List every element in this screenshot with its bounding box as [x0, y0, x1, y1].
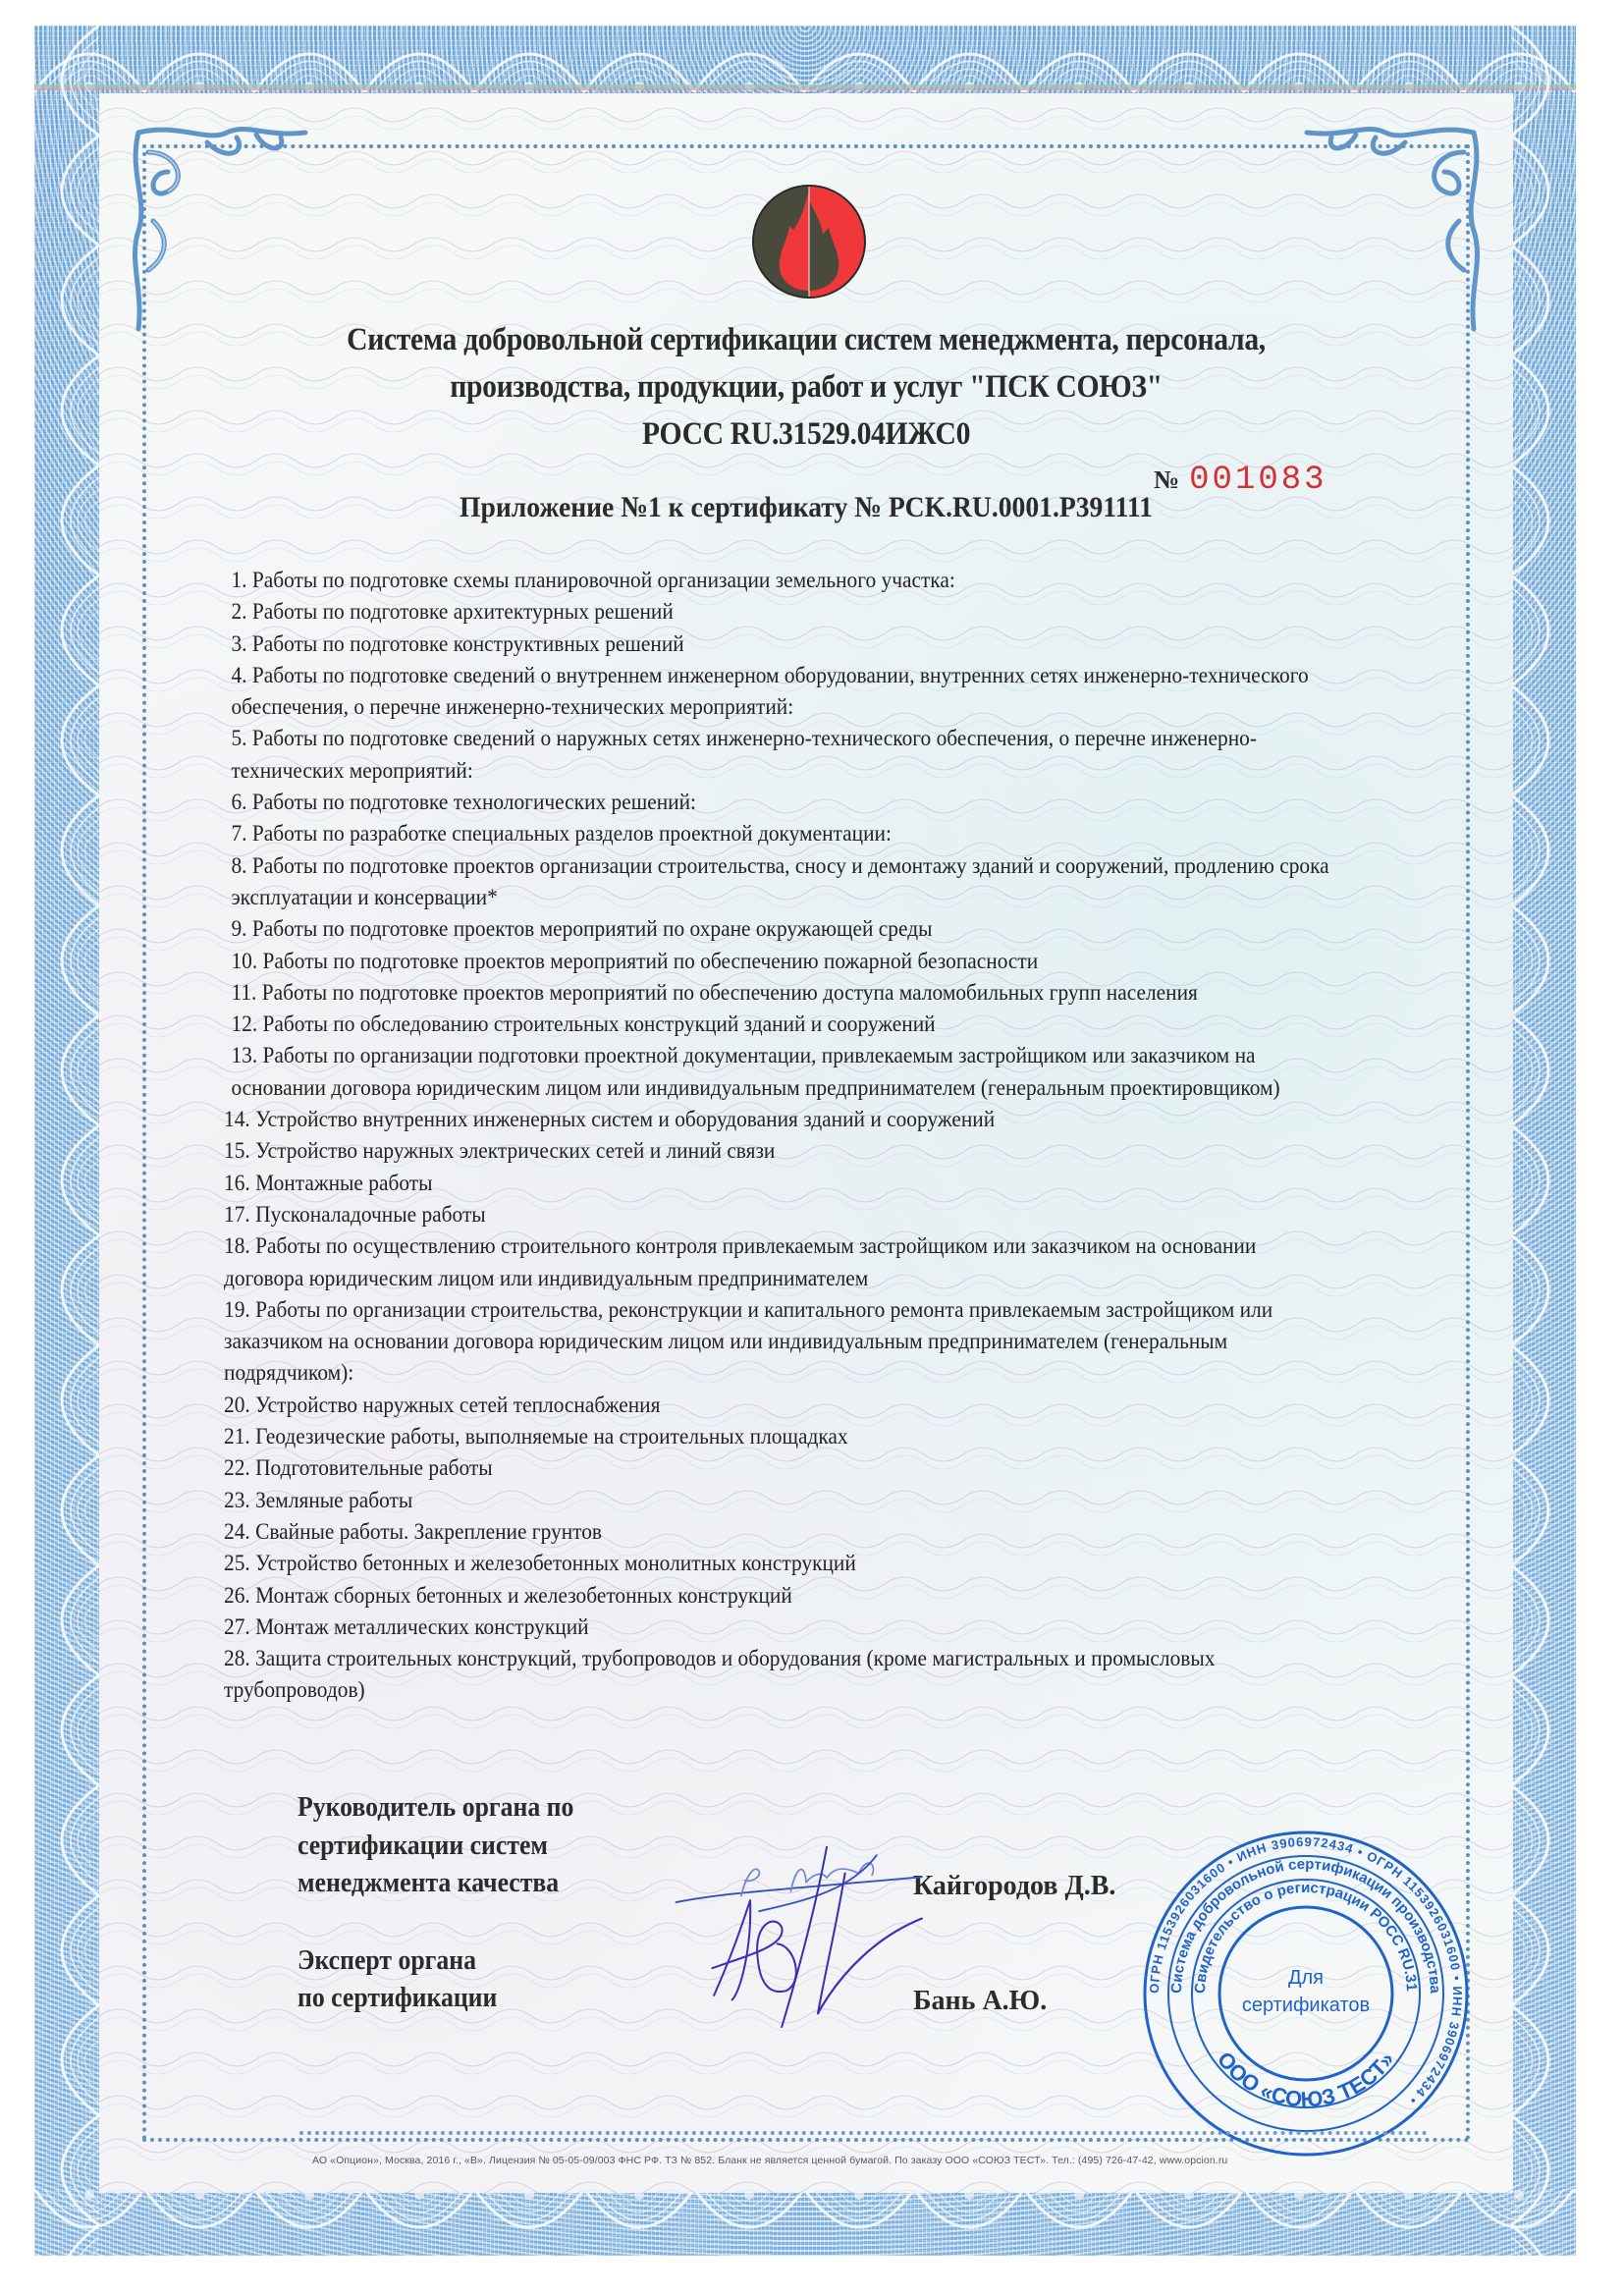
head-role-line: менеджмента качества: [298, 1865, 573, 1903]
head-name: Кайгородов Д.В.: [913, 1871, 1115, 1902]
work-list-item: 14. Устройство внутренних инженерных сис…: [224, 1104, 1338, 1135]
handwritten-signature-icon: [648, 1846, 943, 2072]
work-list-item: 15. Устройство наружных электрических се…: [224, 1135, 1338, 1167]
work-list-item: 8. Работы по подготовке проектов организ…: [224, 850, 1338, 914]
work-list-item: 10. Работы по подготовке проектов меропр…: [224, 946, 1338, 977]
work-list-item: 9. Работы по подготовке проектов меропри…: [224, 913, 1338, 945]
head-role: Руководитель органа по сертификации сист…: [298, 1789, 573, 1903]
work-list-item: 6. Работы по подготовке технологических …: [224, 787, 1338, 818]
corner-ornament-icon: [1297, 113, 1493, 339]
corner-ornament-icon: [119, 113, 315, 339]
work-list-item: 26. Монтаж сборных бетонных и железобето…: [224, 1580, 1338, 1612]
work-list-item: 3. Работы по подготовке конструктивных р…: [224, 629, 1338, 660]
flame-logo-icon: [750, 183, 868, 301]
round-seal-stamp: ОГРН 1153926031600 • ИНН 3906972434 • ОГ…: [1139, 1827, 1473, 2160]
border-scallop-bottom: [34, 2189, 1576, 2256]
work-list-item: 2. Работы по подготовке архитектурных ре…: [224, 596, 1338, 628]
work-list-item: 24. Свайные работы. Закрепление грунтов: [224, 1516, 1338, 1548]
work-list-item: 12. Работы по обследованию строительных …: [224, 1009, 1338, 1040]
expert-role: Эксперт органа по сертификации: [298, 1942, 573, 2018]
work-list-item: 5. Работы по подготовке сведений о наруж…: [224, 723, 1338, 787]
work-list-item: 13. Работы по организации подготовки про…: [224, 1040, 1338, 1104]
header-line-2: производства, продукции, работ и услуг "…: [170, 363, 1442, 410]
work-list-item: 4. Работы по подготовке сведений о внутр…: [224, 660, 1338, 724]
border-scallop-right: [1511, 26, 1576, 2256]
footer-chain-ornament: [299, 2131, 1428, 2145]
works-list: 1. Работы по подготовке схемы планировоч…: [224, 565, 1338, 1707]
border-scallop-left: [34, 26, 99, 2256]
registration-number: РОСС RU.31529.04ИЖС0: [170, 410, 1442, 458]
head-role-line: Руководитель органа по: [298, 1789, 573, 1828]
work-list-item: 28. Защита строительных конструкций, тру…: [224, 1643, 1338, 1707]
head-role-line: сертификации систем: [298, 1828, 573, 1866]
printer-imprint: АО «Опцион», Москва, 2016 г., «В». Лицен…: [312, 2155, 1227, 2166]
stamp-center-line-2: сертификатов: [1242, 1995, 1370, 2016]
certification-system-header: Система добровольной сертификации систем…: [99, 316, 1513, 458]
work-list-item: 23. Земляные работы: [224, 1485, 1338, 1516]
appendix-title: Приложение №1 к сертификату № PCK.RU.000…: [156, 491, 1457, 524]
work-list-item: 16. Монтажные работы: [224, 1168, 1338, 1199]
expert-role-line: по сертификации: [298, 1980, 573, 2018]
serial-prefix: №: [1154, 465, 1179, 494]
work-list-item: 11. Работы по подготовке проектов меропр…: [224, 977, 1338, 1009]
work-list-item: 21. Геодезические работы, выполняемые на…: [224, 1421, 1338, 1452]
work-list-item: 22. Подготовительные работы: [224, 1452, 1338, 1484]
work-list-item: 7. Работы по разработке специальных разд…: [224, 818, 1338, 849]
work-list-item: 25. Устройство бетонных и железобетонных…: [224, 1548, 1338, 1579]
work-list-item: 17. Пусконаладочные работы: [224, 1199, 1338, 1230]
stamp-center-line-1: Для: [1288, 1967, 1324, 1989]
header-line-1: Система добровольной сертификации систем…: [170, 316, 1442, 363]
work-list-item: 1. Работы по подготовке схемы планировоч…: [224, 565, 1338, 596]
work-list-item: 19. Работы по организации строительства,…: [224, 1294, 1338, 1390]
signatures-block: Руководитель органа по сертификации сист…: [298, 1789, 598, 2018]
work-list-item: 27. Монтаж металлических конструкций: [224, 1612, 1338, 1643]
border-scallop-top: [34, 26, 1576, 92]
expert-role-line: Эксперт органа: [298, 1942, 573, 1981]
work-list-item: 20. Устройство наружных сетей теплоснабж…: [224, 1390, 1338, 1421]
work-list-item: 18. Работы по осуществлению строительног…: [224, 1230, 1338, 1294]
